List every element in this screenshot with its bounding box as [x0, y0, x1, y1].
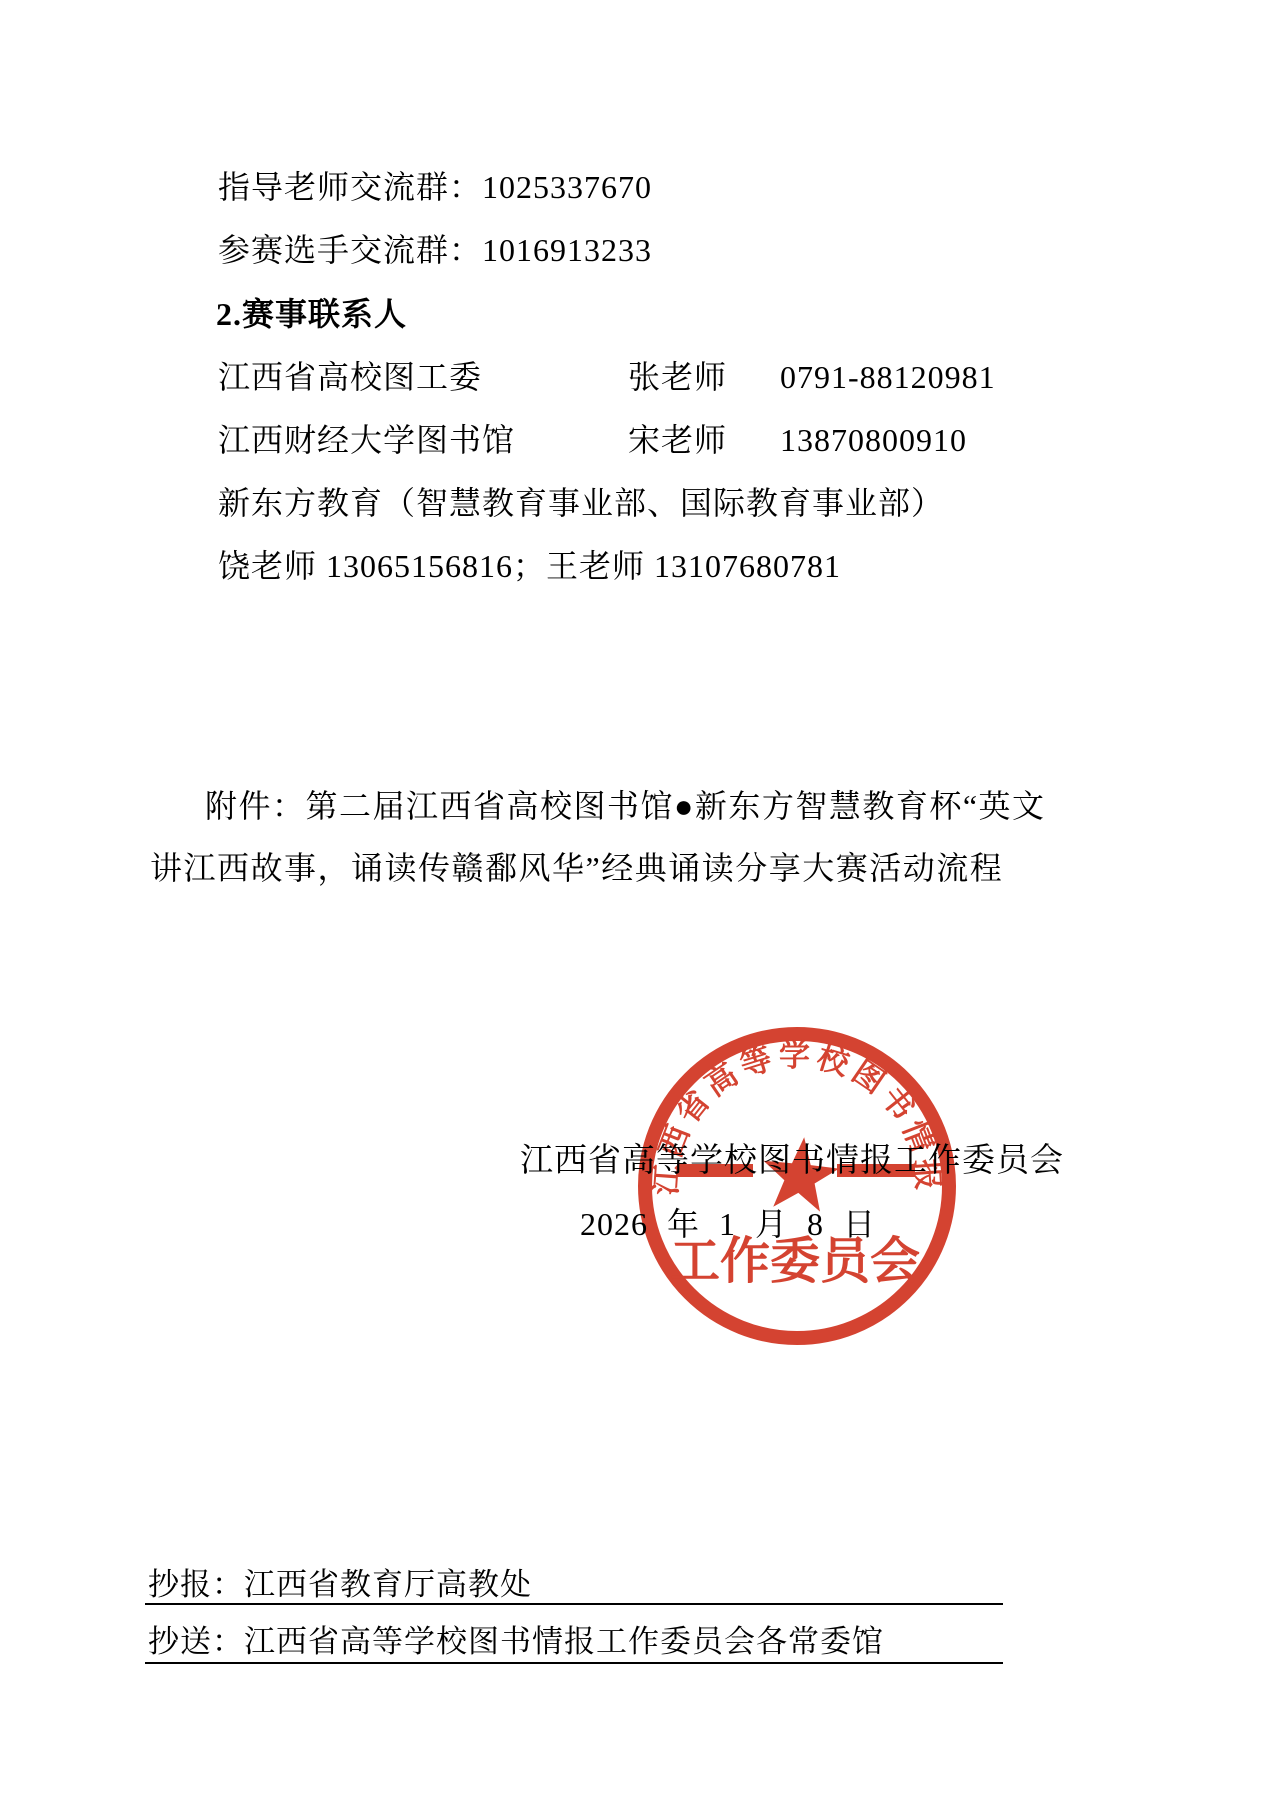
contact-people-extra: 饶老师 13065156816；王老师 13107680781: [218, 547, 841, 585]
contact-org: 江西省高校图工委: [218, 358, 482, 396]
attachment-line-1: 附件：第二届江西省高校图书馆●新东方智慧教育杯“英文: [205, 787, 1046, 825]
copy-report-line: 抄报：江西省教育厅高教处: [148, 1566, 532, 1604]
footer-rule-bottom: [145, 1662, 1003, 1664]
contact-phone: 13870800910: [780, 421, 967, 459]
signature-organization: 江西省高等学校图书情报工作委员会: [520, 1142, 1064, 1180]
qq-group-label: 指导老师交流群：: [218, 169, 482, 205]
contact-phone: 0791-88120981: [780, 358, 996, 396]
qq-group-number: 1016913233: [482, 232, 652, 268]
qq-group-line-contestants: 参赛选手交流群：1016913233: [218, 231, 652, 269]
document-page: 指导老师交流群：1025337670 参赛选手交流群：1016913233 2.…: [0, 0, 1269, 1795]
qq-group-label: 参赛选手交流群：: [218, 232, 482, 268]
contact-org-extra: 新东方教育（智慧教育事业部、国际教育事业部）: [218, 484, 944, 522]
footer-rule-top: [145, 1603, 1003, 1605]
attachment-line-2: 讲江西故事，诵读传赣鄱风华”经典诵读分享大赛活动流程: [150, 849, 1003, 887]
official-seal: 江西省高等学校图书情报 工作委员会: [625, 1012, 970, 1362]
contact-person: 宋老师: [628, 421, 727, 459]
contact-person: 张老师: [628, 358, 727, 396]
qq-group-line-teachers: 指导老师交流群：1025337670: [218, 168, 652, 206]
qq-group-number: 1025337670: [482, 169, 652, 205]
section-heading: 2.赛事联系人: [216, 295, 407, 333]
signature-date: 2026 年 1 月 8 日: [580, 1205, 876, 1243]
copy-send-line: 抄送：江西省高等学校图书情报工作委员会各常委馆: [148, 1623, 884, 1661]
contact-org: 江西财经大学图书馆: [218, 421, 515, 459]
